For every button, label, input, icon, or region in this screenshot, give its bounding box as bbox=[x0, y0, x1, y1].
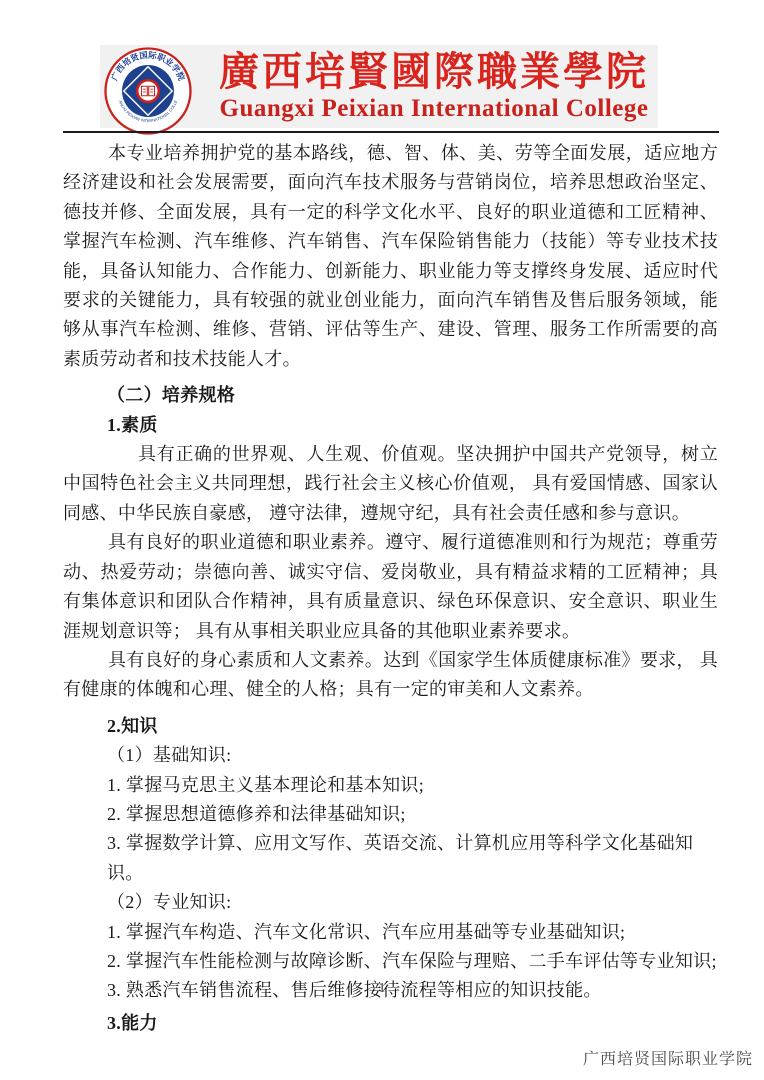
college-name-block: 廣西培賢國際職業學院 Guangxi Peixian International… bbox=[208, 48, 660, 122]
list-item-professional-knowledge-label: （2）专业知识: bbox=[63, 888, 718, 917]
paragraph-quality-health: 具有良好的身心素质和人文素养。达到《国家学生体质健康标准》要求， 具有健康的体魄… bbox=[63, 646, 718, 705]
list-item-basic-1: 1. 掌握马克思主义基本理论和基本知识; bbox=[63, 771, 718, 800]
section-heading-training-specs: （二）培养规格 bbox=[63, 381, 718, 410]
heading-ability: 3.能力 bbox=[63, 1009, 718, 1038]
document-body: 本专业培养拥护党的基本路线，德、智、体、美、劳等全面发展，适应地方经济建设和社会… bbox=[63, 139, 718, 1038]
paragraph-quality-ethics: 具有良好的职业道德和职业素养。遵守、履行道德准则和行为规范；尊重劳动、热爱劳动；… bbox=[63, 528, 718, 646]
corner-watermark: 广西培贤国际职业学院 bbox=[583, 1046, 753, 1069]
college-name-zh: 廣西培賢國際職業學院 bbox=[208, 48, 660, 96]
college-name-en: Guangxi Peixian International College bbox=[208, 96, 660, 122]
header-rule bbox=[63, 131, 719, 133]
page-number: 1 bbox=[0, 981, 764, 997]
paragraph-quality-values: 具有正确的世界观、人生观、价值观。坚决拥护中国共产党领导，树立中国特色社会主义共… bbox=[63, 440, 718, 528]
heading-knowledge: 2.知识 bbox=[63, 712, 718, 741]
list-item-professional-2: 2. 掌握汽车性能检测与故障诊断、汽车保险与理赔、二手车评估等专业知识; bbox=[63, 947, 718, 976]
list-item-basic-knowledge-label: （1）基础知识: bbox=[63, 741, 718, 770]
document-page: 广西培贤国际职业学院 GUANGXI PEIXIAN INTERNATIONAL… bbox=[0, 0, 764, 1080]
college-logo-icon: 广西培贤国际职业学院 GUANGXI PEIXIAN INTERNATIONAL… bbox=[104, 47, 192, 135]
logo-center-ring bbox=[137, 80, 159, 102]
training-objective-paragraph: 本专业培养拥护党的基本路线，德、智、体、美、劳等全面发展，适应地方经济建设和社会… bbox=[63, 139, 718, 374]
list-item-professional-1: 1. 掌握汽车构造、汽车文化常识、汽车应用基础等专业基础知识; bbox=[63, 918, 718, 947]
list-item-basic-2: 2. 掌握思想道德修养和法律基础知识; bbox=[63, 800, 718, 829]
list-item-basic-3: 3. 掌握数学计算、应用文写作、英语交流、计算机应用等科学文化基础知识。 bbox=[63, 829, 718, 888]
heading-quality: 1.素质 bbox=[63, 411, 718, 440]
